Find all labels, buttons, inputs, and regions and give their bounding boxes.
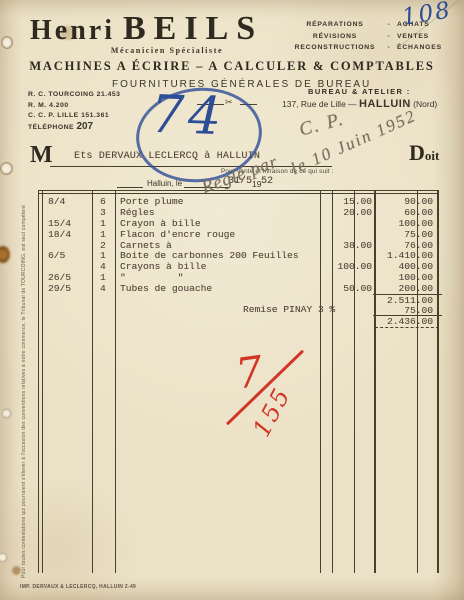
table-row: 4Crayons à bille100.00400.00 bbox=[38, 262, 440, 273]
table-row: 8/46Porte plume15.0090.00 bbox=[38, 197, 440, 208]
table-row: 3Régles20.0060.00 bbox=[38, 208, 440, 219]
client-prefix: M bbox=[30, 142, 53, 169]
table-row: 15/41Crayon à bille100.00 bbox=[38, 219, 440, 230]
table-row: 18/41Flacon d'encre rouge75.00 bbox=[38, 230, 440, 241]
printer-imprint: IMP. DERVAUX & LECLERCQ, HALLUIN 2-49 bbox=[20, 584, 136, 590]
invoice-document: HenriBEILS Mécanicien Spécialiste RÉPARA… bbox=[0, 0, 464, 600]
registry-block: R. C. TOURCOING 21.453 R. M. 4.200 C. C.… bbox=[28, 90, 120, 133]
phone-line: TÉLÉPHONE 207 bbox=[28, 122, 120, 134]
table-row: 26/51" "100.00 bbox=[38, 273, 440, 284]
table-top-rule bbox=[38, 190, 439, 191]
discount-label: Remise PINAY 3 % bbox=[243, 304, 335, 315]
company-name-last: BEILS bbox=[123, 10, 263, 47]
total-value: 2.436.00 bbox=[374, 316, 433, 327]
year-typed: 52 bbox=[261, 176, 273, 187]
punch-hole bbox=[1, 36, 13, 49]
order-number-handwritten: 74 bbox=[150, 85, 226, 148]
service-left: RÉPARATIONS bbox=[289, 19, 381, 31]
company-subtitle: Mécanicien Spécialiste bbox=[72, 46, 262, 55]
table-top-rule bbox=[38, 193, 439, 194]
total-dashed-rule bbox=[375, 327, 439, 328]
doit-rest: oit bbox=[425, 148, 439, 163]
service-separator: - bbox=[381, 42, 397, 54]
address-street: 137, Rue de Lille — bbox=[282, 99, 359, 109]
doit-label: Doit bbox=[409, 140, 439, 166]
service-left: RÉVISIONS bbox=[289, 31, 381, 43]
punch-hole bbox=[0, 162, 13, 175]
office-address: 137, Rue de Lille — HALLUIN (Nord) bbox=[282, 98, 437, 110]
service-separator: - bbox=[381, 19, 397, 31]
company-name-first: Henri bbox=[30, 15, 115, 46]
burn-stain bbox=[0, 246, 10, 263]
tagline-machines: MACHINES A ÉCRIRE – A CALCULER & COMPTAB… bbox=[28, 59, 436, 74]
office-label: BUREAU & ATELIER : bbox=[308, 87, 411, 96]
registry-line: C. C. P. LILLE 151.361 bbox=[28, 111, 120, 122]
service-row: RÉVISIONS - VENTES bbox=[289, 31, 461, 43]
legal-vertical-text: Pour toutes contestations qui pourraient… bbox=[21, 246, 27, 578]
paper-stain bbox=[12, 566, 21, 575]
service-right: VENTES bbox=[397, 31, 461, 43]
registry-line: R. M. 4.200 bbox=[28, 101, 120, 112]
company-name: HenriBEILS bbox=[30, 10, 263, 48]
service-separator: - bbox=[381, 31, 397, 43]
phone-label: TÉLÉPHONE bbox=[28, 124, 76, 131]
registry-line: R. C. TOURCOING 21.453 bbox=[28, 90, 120, 101]
service-row: RECONSTRUCTIONS - ÉCHANGES bbox=[289, 42, 461, 54]
doit-cap: D bbox=[409, 140, 425, 165]
phone-number: 207 bbox=[76, 121, 93, 132]
service-right: ÉCHANGES bbox=[397, 42, 461, 54]
punch-hole bbox=[0, 552, 8, 563]
table-row: 6/51Boite de carbonnes 200 Feuilles1.410… bbox=[38, 251, 440, 262]
service-left: RECONSTRUCTIONS bbox=[289, 42, 381, 54]
punch-hole bbox=[1, 408, 12, 419]
date-rule bbox=[117, 187, 143, 188]
address-region: (Nord) bbox=[411, 99, 437, 109]
invoice-rows: 8/46Porte plume15.0090.003Régles20.0060.… bbox=[38, 197, 440, 295]
